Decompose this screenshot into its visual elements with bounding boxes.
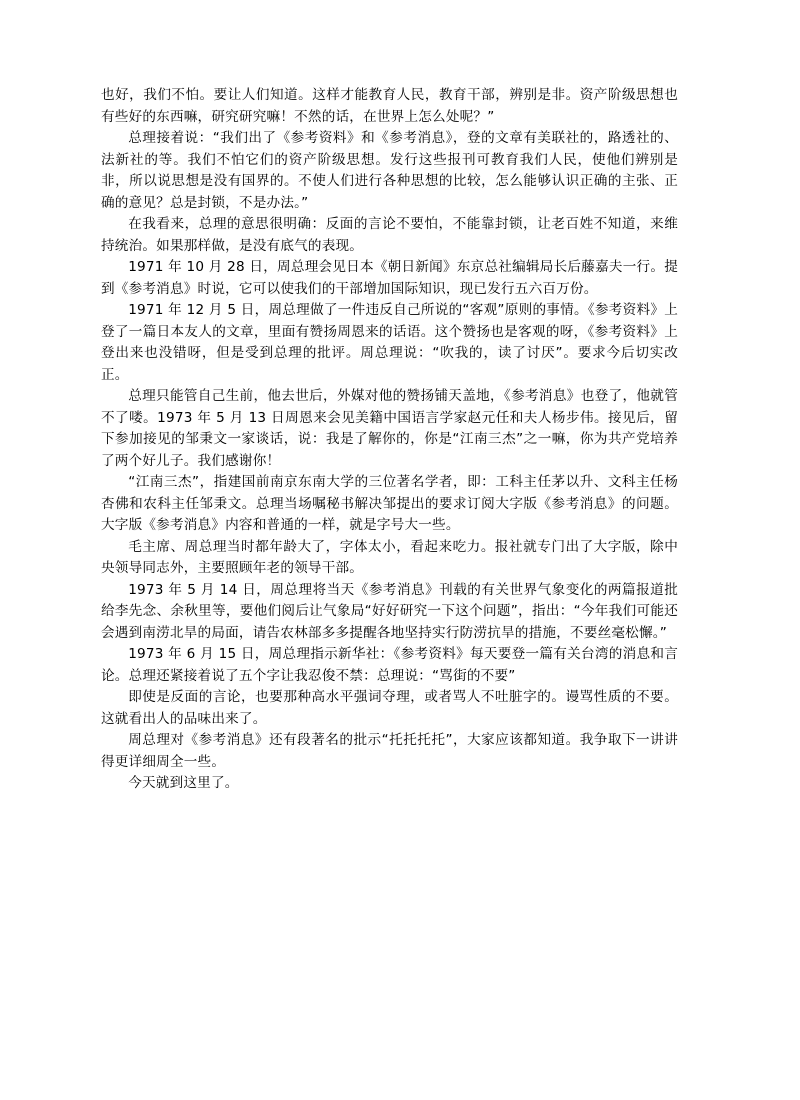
paragraph-9: 1973 年 5 月 14 日，周总理将当天《参考消息》刊载的有关世界气象变化的… (101, 580, 678, 645)
document-page: 也好，我们不怕。要让人们知道。这样才能教育人民，教育干部，辨别是非。资产阶级思想… (101, 85, 678, 795)
paragraph-1: 也好，我们不怕。要让人们知道。这样才能教育人民，教育干部，辨别是非。资产阶级思想… (101, 85, 678, 128)
paragraph-13: 今天就到这里了。 (101, 773, 678, 795)
paragraph-12: 周总理对《参考消息》还有段著名的批示“托托托托”，大家应该都知道。我争取下一讲讲… (101, 730, 678, 773)
paragraph-5: 1971 年 12 月 5 日，周总理做了一件违反自己所说的“客观”原则的事情。… (101, 300, 678, 386)
paragraph-2: 总理接着说：“我们出了《参考资料》和《参考消息》，登的文章有美联社的，路透社的、… (101, 128, 678, 214)
paragraph-6: 总理只能管自己生前，他去世后，外媒对他的赞扬铺天盖地，《参考消息》也登了，他就管… (101, 386, 678, 472)
paragraph-3: 在我看来，总理的意思很明确：反面的言论不要怕，不能靠封锁，让老百姓不知道，来维持… (101, 214, 678, 257)
paragraph-4: 1971 年 10 月 28 日，周总理会见日本《朝日新闻》东京总社编辑局长后藤… (101, 257, 678, 300)
paragraph-8: 毛主席、周总理当时都年龄大了，字体太小，看起来吃力。报社就专门出了大字版，除中央… (101, 537, 678, 580)
paragraph-7: “江南三杰”，指建国前南京东南大学的三位著名学者，即：工科主任茅以升、文科主任杨… (101, 472, 678, 537)
paragraph-11: 即使是反面的言论，也要那种高水平强词夺理，或者骂人不吐脏字的。谩骂性质的不要。这… (101, 687, 678, 730)
paragraph-10: 1973 年 6 月 15 日，周总理指示新华社：《参考资料》每天要登一篇有关台… (101, 644, 678, 687)
